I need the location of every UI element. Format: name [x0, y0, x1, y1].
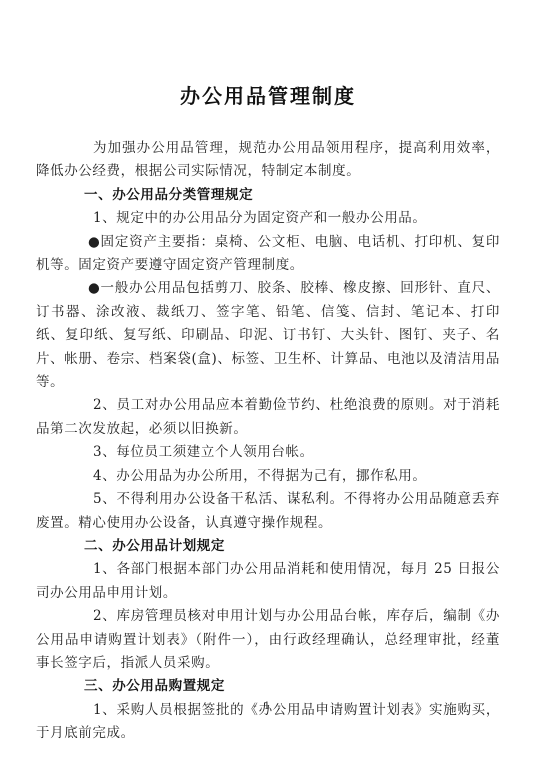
page-number: - 1 -: [0, 701, 536, 712]
paragraph: 2、员工对办公用品应本着勤俭节约、杜绝浪费的原则。对于消耗品第二次发放起，必须以…: [36, 394, 500, 441]
page-title: 办公用品管理制度: [0, 0, 536, 109]
document-body: 为加强办公用品管理，规范办公用品领用程序，提高利用效率，降低办公经费，根据公司实…: [36, 137, 500, 746]
paragraph: 2、库房管理员核对申用计划与办公用品台帐，库存后，编制《办公用品申请购置计划表》…: [36, 605, 500, 675]
section-heading: 三、办公用品购置规定: [36, 675, 500, 698]
section-heading: 二、办公用品计划规定: [36, 535, 500, 558]
paragraph: 1、各部门根据本部门办公用品消耗和使用情况，每月 25 日报公司办公用品申用计划…: [36, 558, 500, 605]
paragraph: 4、办公用品为办公所用，不得据为己有，挪作私用。: [36, 465, 500, 488]
paragraph: 为加强办公用品管理，规范办公用品领用程序，提高利用效率，降低办公经费，根据公司实…: [36, 137, 500, 184]
paragraph: 5、不得利用办公设备干私活、谋私利。不得将办公用品随意丢弃废置。精心使用办公设备…: [36, 488, 500, 535]
section-heading: 一、办公用品分类管理规定: [36, 184, 500, 207]
paragraph: 1、规定中的办公用品分为固定资产和一般办公用品。: [36, 207, 500, 230]
paragraph: 3、每位员工须建立个人领用台帐。: [36, 441, 500, 464]
paragraph: ●一般办公用品包括剪刀、胶条、胶棒、橡皮擦、回形针、直尺、订书器、涂改液、裁纸刀…: [36, 277, 500, 394]
document-page: 办公用品管理制度 为加强办公用品管理，规范办公用品领用程序，提高利用效率，降低办…: [0, 0, 536, 758]
paragraph: ●固定资产主要指：桌椅、公文柜、电脑、电话机、打印机、复印机等。固定资产要遵守固…: [36, 231, 500, 278]
